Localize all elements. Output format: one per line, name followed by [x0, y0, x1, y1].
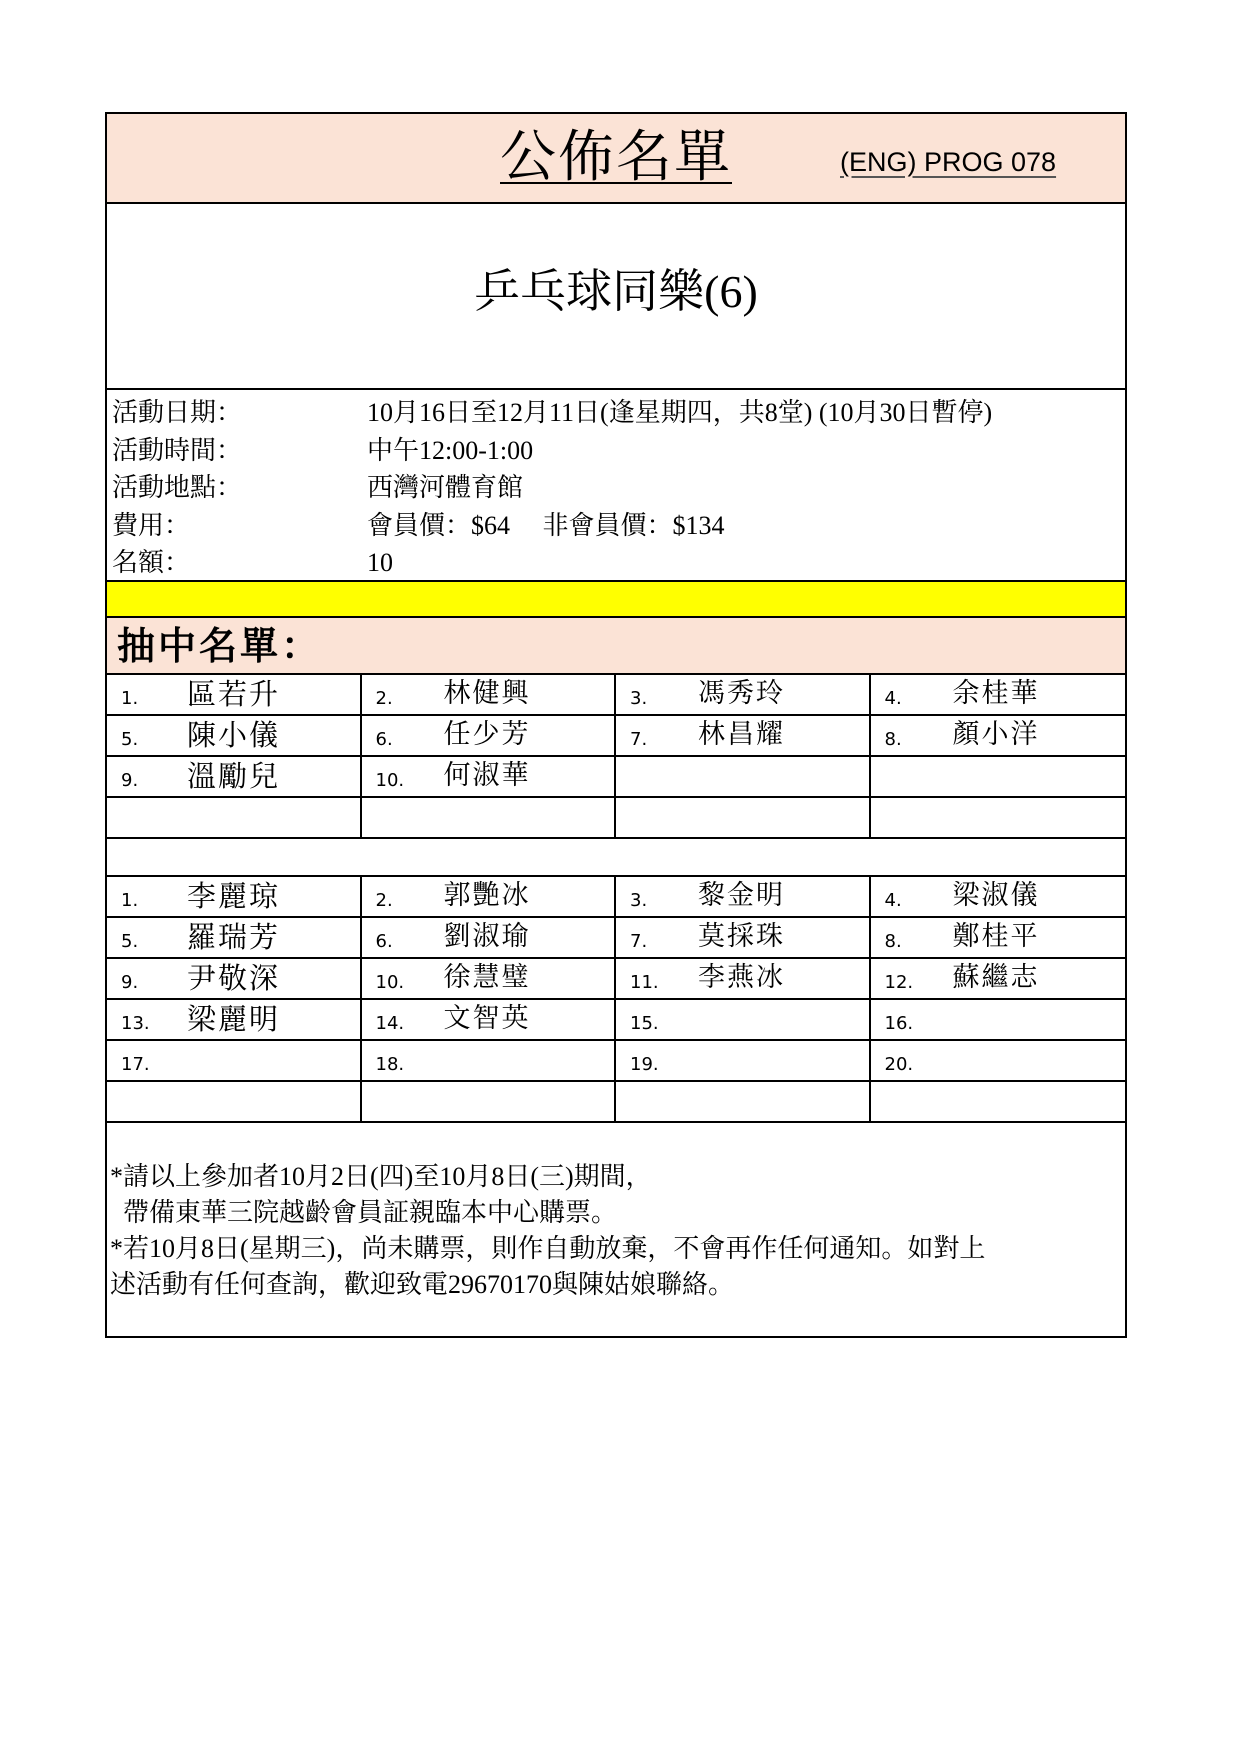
- name-cell: [871, 1082, 1126, 1121]
- name-cell: 9.溫勵兒: [107, 757, 362, 796]
- name-cell: 3.馮秀玲: [616, 675, 871, 714]
- entry-number: 11.: [630, 973, 659, 993]
- note-line: 帶備東華三院越齡會員証親臨本中心購票。: [110, 1195, 1125, 1231]
- note-line: *請以上參加者10月2日(四)至10月8日(三)期間，: [110, 1159, 1125, 1195]
- entry-number: 4.: [885, 891, 902, 911]
- program-code: (ENG) PROG 078: [840, 146, 1056, 178]
- table-row: 9.尹敬深 10.徐慧璧 11.李燕冰 12.蘇繼志: [107, 959, 1125, 1000]
- notes-section: *請以上參加者10月2日(四)至10月8日(三)期間， 帶備東華三院越齡會員証親…: [107, 1123, 1125, 1336]
- name-cell: 13.梁麗明: [107, 1000, 362, 1039]
- entry-name: 梁麗明: [187, 1003, 280, 1035]
- entry-number: 17.: [121, 1055, 150, 1075]
- entry-name: 顏小洋: [953, 719, 1040, 751]
- entry-number: 10.: [376, 771, 405, 791]
- info-value: 中午12:00-1:00: [367, 432, 533, 469]
- info-time: 活動時間： 中午12:00-1:00: [107, 432, 1125, 470]
- name-cell: 6.任少芳: [362, 716, 617, 755]
- name-cell: 12.蘇繼志: [871, 959, 1126, 998]
- activity-title-row: 乒乓球同樂(6): [107, 204, 1125, 390]
- name-cell: [616, 1082, 871, 1121]
- entry-number: 18.: [376, 1055, 405, 1075]
- info-value: 10: [367, 544, 393, 581]
- entry-number: 8.: [885, 932, 902, 952]
- entry-name: 郭艷冰: [444, 880, 531, 912]
- info-value: 會員價：$64 非會員價：$134: [367, 507, 725, 544]
- name-cell: 19.: [616, 1041, 871, 1080]
- entry-number: 5.: [121, 730, 138, 750]
- info-label: 名額：: [112, 544, 190, 581]
- name-cell: 7.林昌耀: [616, 716, 871, 755]
- table-row: 5.陳小儀 6.任少芳 7.林昌耀 8.顏小洋: [107, 716, 1125, 757]
- page-title: 公佈名單: [500, 128, 732, 188]
- table-row: 13.梁麗明 14.文智英 15. 16.: [107, 1000, 1125, 1041]
- highlight-bar: [107, 582, 1125, 618]
- info-quota: 名額： 10: [107, 544, 1125, 582]
- entry-number: 3.: [630, 891, 647, 911]
- entry-name: 莫採珠: [698, 921, 785, 953]
- entry-number: 7.: [630, 932, 647, 952]
- entry-name: 陳小儀: [187, 719, 280, 751]
- name-cell: 8.顏小洋: [871, 716, 1126, 755]
- entry-number: 3.: [630, 689, 647, 709]
- table-row: 17. 18. 19. 20.: [107, 1041, 1125, 1082]
- header-row: 公佈名單 (ENG) PROG 078: [107, 114, 1125, 204]
- announcement-sheet: 公佈名單 (ENG) PROG 078 乒乓球同樂(6) 活動日期： 10月16…: [105, 112, 1127, 1338]
- entry-name: 文智英: [444, 1003, 531, 1035]
- entry-number: 16.: [885, 1014, 914, 1034]
- name-cell: 15.: [616, 1000, 871, 1039]
- entry-name: 李麗琼: [187, 880, 280, 912]
- entry-number: 1.: [121, 891, 138, 911]
- name-cell: 10.何淑華: [362, 757, 617, 796]
- entry-name: 尹敬深: [187, 962, 280, 994]
- entry-name: 何淑華: [444, 760, 531, 792]
- name-cell: [616, 798, 871, 837]
- entry-number: 4.: [885, 689, 902, 709]
- name-cell: 4.余桂華: [871, 675, 1126, 714]
- entry-number: 20.: [885, 1055, 914, 1075]
- entry-number: 9.: [121, 973, 138, 993]
- name-cell: 2.林健興: [362, 675, 617, 714]
- name-cell: [362, 1082, 617, 1121]
- entry-name: 黎金明: [698, 880, 785, 912]
- name-cell: 9.尹敬深: [107, 959, 362, 998]
- activity-title: 乒乓球同樂(6): [107, 262, 1125, 322]
- name-cell: 10.徐慧璧: [362, 959, 617, 998]
- entry-number: 15.: [630, 1014, 659, 1034]
- table-row: 1.李麗琼 2.郭艷冰 3.黎金明 4.梁淑儀: [107, 877, 1125, 918]
- name-cell: 14.文智英: [362, 1000, 617, 1039]
- table-row: [107, 798, 1125, 839]
- entry-number: 12.: [885, 973, 914, 993]
- info-value: 西灣河體育館: [367, 469, 523, 506]
- name-cell: 11.李燕冰: [616, 959, 871, 998]
- name-cell: [616, 757, 871, 796]
- name-cell: 5.陳小儀: [107, 716, 362, 755]
- info-fee: 費用： 會員價：$64 非會員價：$134: [107, 507, 1125, 545]
- entry-number: 6.: [376, 932, 393, 952]
- name-cell: 8.鄭桂平: [871, 918, 1126, 957]
- name-cell: 1.區若升: [107, 675, 362, 714]
- info-venue: 活動地點： 西灣河體育館: [107, 469, 1125, 507]
- selected-heading-row: 抽中名單：: [107, 618, 1125, 675]
- entry-number: 2.: [376, 689, 393, 709]
- entry-name: 區若升: [187, 678, 280, 710]
- entry-name: 鄭桂平: [953, 921, 1040, 953]
- entry-number: 5.: [121, 932, 138, 952]
- entry-number: 7.: [630, 730, 647, 750]
- entry-number: 1.: [121, 689, 138, 709]
- info-label: 活動時間：: [112, 432, 242, 469]
- name-cell: 7.莫採珠: [616, 918, 871, 957]
- entry-name: 徐慧璧: [444, 962, 531, 994]
- name-cell: 4.梁淑儀: [871, 877, 1126, 916]
- selected-heading: 抽中名單：: [117, 624, 322, 668]
- table-row: 1.區若升 2.林健興 3.馮秀玲 4.余桂華: [107, 675, 1125, 716]
- name-cell: [107, 798, 362, 837]
- name-cell: 3.黎金明: [616, 877, 871, 916]
- entry-name: 余桂華: [953, 678, 1040, 710]
- entry-number: 10.: [376, 973, 405, 993]
- info-date: 活動日期： 10月16日至12月11日(逢星期四，共8堂) (10月30日暫停): [107, 394, 1125, 432]
- note-line: 述活動有任何查詢，歡迎致電29670170與陳姑娘聯絡。: [110, 1267, 1125, 1303]
- name-cell: 2.郭艷冰: [362, 877, 617, 916]
- info-value: 10月16日至12月11日(逢星期四，共8堂) (10月30日暫停): [367, 394, 992, 431]
- entry-name: 馮秀玲: [698, 678, 785, 710]
- entry-number: 14.: [376, 1014, 405, 1034]
- entry-name: 林昌耀: [698, 719, 785, 751]
- entry-name: 林健興: [444, 678, 531, 710]
- table-row: [107, 1082, 1125, 1123]
- name-cell: 16.: [871, 1000, 1126, 1039]
- name-cell: 18.: [362, 1041, 617, 1080]
- entry-name: 梁淑儀: [953, 880, 1040, 912]
- section-spacer: [107, 839, 1125, 877]
- entry-number: 9.: [121, 771, 138, 791]
- info-label: 活動日期：: [112, 394, 242, 431]
- entry-name: 劉淑瑜: [444, 921, 531, 953]
- name-cell: [107, 1082, 362, 1121]
- name-cell: 20.: [871, 1041, 1126, 1080]
- entry-number: 19.: [630, 1055, 659, 1075]
- name-cell: 17.: [107, 1041, 362, 1080]
- table-row: 9.溫勵兒 10.何淑華: [107, 757, 1125, 798]
- entry-name: 蘇繼志: [953, 962, 1040, 994]
- entry-number: 2.: [376, 891, 393, 911]
- entry-name: 羅瑞芳: [187, 921, 280, 953]
- name-cell: 1.李麗琼: [107, 877, 362, 916]
- name-cell: [871, 757, 1126, 796]
- activity-info: 活動日期： 10月16日至12月11日(逢星期四，共8堂) (10月30日暫停)…: [107, 390, 1125, 582]
- info-label: 活動地點：: [112, 469, 242, 506]
- name-cell: [362, 798, 617, 837]
- entry-number: 13.: [121, 1014, 150, 1034]
- entry-number: 8.: [885, 730, 902, 750]
- table-row: 5.羅瑞芳 6.劉淑瑜 7.莫採珠 8.鄭桂平: [107, 918, 1125, 959]
- entry-name: 任少芳: [444, 719, 531, 751]
- entry-name: 溫勵兒: [187, 760, 280, 792]
- entry-name: 李燕冰: [698, 962, 785, 994]
- info-label: 費用：: [112, 507, 190, 544]
- name-cell: [871, 798, 1126, 837]
- entry-number: 6.: [376, 730, 393, 750]
- name-cell: 6.劉淑瑜: [362, 918, 617, 957]
- name-cell: 5.羅瑞芳: [107, 918, 362, 957]
- note-line: *若10月8日(星期三)，尚未購票，則作自動放棄，不會再作任何通知。如對上: [110, 1231, 1125, 1267]
